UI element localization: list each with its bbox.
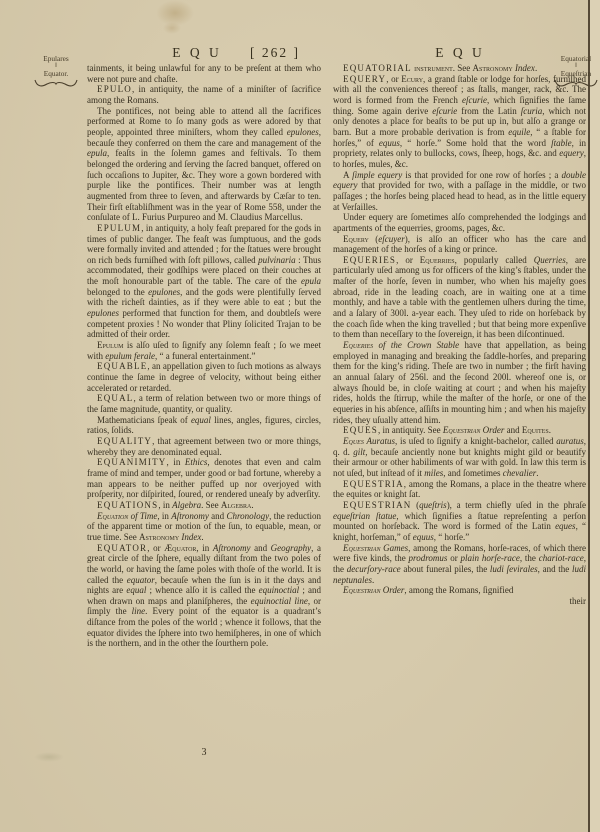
text-run: Games [381,543,409,553]
paragraph: EPULUM, in antiquity, a holy feaſt prepa… [87,223,321,340]
text-run: EQUERY [343,74,386,84]
text-run: epula [301,276,321,286]
text-run: EQUANIMITY [97,457,167,467]
text-run: EQUABLE [97,361,147,371]
text-run: Order [381,585,405,595]
text-run: gilt [353,447,365,457]
text-run: belonged to the [87,287,148,297]
text-run: equal [191,415,211,425]
text-run: , popularly called [455,255,534,265]
text-run: equus [379,138,400,148]
paragraph: tainments, it being unlawful for any to … [87,63,321,84]
text-run: queſtris [419,500,447,510]
paragraph: A ſimple equery is that provided for one… [333,170,586,213]
text-run: and [251,543,271,553]
text-run: , “ a funeral entertainment.” [155,351,255,361]
text-run: , in [167,457,185,467]
text-run: , and the [538,564,572,574]
text-run: . [535,63,537,73]
right-text-column: EQUATORIAL instrument. See Astronomy Ind… [333,63,586,606]
text-run: . [251,500,253,510]
text-run: . [536,468,538,478]
text-run: epula [87,148,107,158]
text-run: chevalier [503,468,536,478]
text-run: , the [520,553,539,563]
catchword: their [333,596,586,607]
page-edge-paper [590,0,600,832]
text-run: Aſtronomy [213,543,251,553]
text-run: , in antiquity. See [378,425,443,435]
text-run: Epulum [97,340,124,350]
paragraph: EQUERIES, or Equerries, popularly called… [333,255,586,340]
text-run: EQUES [343,425,378,435]
text-run: , in [157,511,171,521]
text-run: Mathematicians ſpeak of [97,415,191,425]
paragraph: EQUATOR, or Æquator, in Aſtronomy and Ge… [87,543,321,650]
running-header-right: E Q U [340,45,580,61]
paragraph: Equery (eſcuyer), is alſo an officer who… [333,234,586,255]
text-run: , feaſts in the ſolemn games and feſtiva… [87,148,321,222]
text-run: EPULO [97,84,132,94]
text-run: performed that function for them, and do… [87,308,321,339]
page-edge-rule [588,0,590,832]
paragraph: EQUANIMITY, in Ethics, denotes that even… [87,457,321,500]
text-run: Equeries [343,340,373,350]
text-run: , or [386,74,401,84]
text-run: from the Latin [457,106,521,116]
text-run: Astronomy [139,532,179,542]
text-run: A [343,170,352,180]
text-run: ; whence alſo it is called the [146,585,258,595]
text-run: epulones [148,287,180,297]
text-run: EQUERIES [343,255,396,265]
text-run: , is uſed to ſignify a knight-bachelor, … [395,436,556,446]
text-run: Geography [271,543,312,553]
paragraph: Mathematicians ſpeak of equal lines, ang… [87,415,321,436]
encyclopedia-page: { "page": { "header": { "left": "E Q U",… [0,0,600,832]
text-run: ſcuria [521,106,543,116]
text-run: Equestrian [443,425,481,435]
text-run: EQUATORIAL [343,63,412,73]
text-run: , or [396,255,420,265]
text-run: Eques [343,436,364,446]
text-run: eſcurie [432,106,457,116]
text-run: . [201,532,203,542]
text-run: . [372,575,374,585]
paragraph: EQUABLE, an appellation given to ſuch mo… [87,361,321,393]
text-run: equus [413,532,434,542]
text-run: tainments, it being unlawful for any to … [87,63,321,84]
text-run: EQUAL [97,393,134,403]
text-run: of Time [128,511,157,521]
text-run: have that appellation, as being employed… [333,340,586,425]
text-run: epulones [287,127,319,137]
text-run: epulum ferale [105,351,155,361]
text-run: ( [369,234,378,244]
text-run: that provided for two, with a paſſage in… [333,180,586,211]
text-run: . [549,425,551,435]
text-run: and [209,511,227,521]
text-run: equinoctial [259,585,300,595]
text-run: of the Crown Stable [373,340,459,350]
paragraph: Equation of Time, in Aſtronomy and Chron… [87,511,321,543]
text-run: chariot-race [539,553,584,563]
paragraph: EQUERY, or Ecury, a grand ſtable or lodg… [333,74,586,170]
text-run: Order [480,425,504,435]
paragraph: Equestrian Games, among the Romans, horſ… [333,543,586,586]
text-run: , “ horſe.” Some hold that the word [400,138,551,148]
text-run: Equestrian [343,585,381,595]
text-run: pulvinaria [258,255,296,265]
paragraph: Under equery are ſometimes alſo comprehe… [333,212,586,233]
text-run: ſtable [551,138,572,148]
paragraph: Epulum is alſo uſed to ſignify any ſolem… [87,340,321,361]
text-run: instrument [414,63,453,73]
text-run: Aſtronomy [171,511,209,521]
text-run: and [504,425,522,435]
text-run: Auratus [364,436,395,446]
text-run: Under equery are ſometimes alſo comprehe… [333,212,586,233]
text-run: EQUESTRIAN [343,500,412,510]
text-run: plain horſe-race [461,553,520,563]
text-run: Algebra [221,500,252,510]
paragraph: Equestrian Order, among the Romans, ſign… [333,585,586,596]
text-run: Chronology [226,511,269,521]
paragraph: EQUESTRIAN (queſtris), a term chiefly uſ… [333,500,586,543]
text-run: miles [424,468,443,478]
paragraph: EQUES, in antiquity. See Equestrian Orde… [333,425,586,436]
text-run: Algebra [172,500,201,510]
text-run: Index [515,63,535,73]
text-run: EQUATOR [97,543,147,553]
paragraph: EQUAL, a term of relation between two or… [87,393,321,414]
text-run: . See [201,500,221,510]
text-run: EQUATIONS [97,500,158,510]
paragraph: EQUESTRIA, among the Romans, a place in … [333,479,586,500]
text-run: Ethics [185,457,208,467]
margin-note-left: Epulares ‖ Equator. [27,55,85,88]
text-run: EQUESTRIA [343,479,404,489]
text-run: EQUALITY [97,436,152,446]
brace-ornament [34,79,78,88]
text-run: ), a term chiefly uſed in the phraſe [447,500,586,510]
margin-note-term: Equator. [44,69,69,78]
text-run: ludi ſevirales [490,564,538,574]
left-text-column: tainments, it being unlawful for any to … [87,63,321,649]
paragraph: EQUALITY, that agreement between two or … [87,436,321,457]
text-run: Equestrian [343,543,381,553]
text-run: Æquator [164,543,196,553]
paragraph: Equeries of the Crown Stable have that a… [333,340,586,425]
text-run: or [447,553,460,563]
text-run: Querries [534,255,566,265]
text-run: , and ſometimes [443,468,503,478]
text-run: Equery [343,234,369,244]
text-run: equinoctial line [251,596,308,606]
text-run: Equation [97,511,128,521]
text-run: . See [453,63,473,73]
text-run: about funeral piles, the [401,564,490,574]
text-run: Index [181,532,201,542]
paper-stain [163,22,181,34]
paper-stain [34,752,64,762]
text-run: equile [508,127,530,137]
paragraph: The pontifices, not being able to attend… [87,106,321,223]
text-run: equery [559,148,584,158]
text-run: prodromus [409,553,448,563]
paper-stain [156,0,194,26]
text-run: equal [126,585,146,595]
text-run: , in [196,543,212,553]
text-run: Equites [522,425,549,435]
text-run: Astronomy [473,63,513,73]
text-run: ſimple equery [352,170,402,180]
text-run: , or [147,543,164,553]
text-run: equator [127,575,155,585]
text-run: auratus [556,436,584,446]
paragraph: EQUATIONS, in Algebra. See Algebra. [87,500,321,511]
text-run: epulones [87,308,119,318]
text-run: eques [555,521,576,531]
text-run: , among the Romans, ſignified [404,585,513,595]
text-run: is that provided for one row of horſes ;… [402,170,561,180]
text-run: equeſtrian ſtatue [333,511,396,521]
text-run: , are particularly uſed among us for off… [333,255,586,340]
text-run: line [132,606,146,616]
text-run: , in [158,500,172,510]
text-run: , “ horſe.” [434,532,469,542]
paragraph: Eques Auratus, is uſed to ſignify a knig… [333,436,586,479]
paragraph: EQUATORIAL instrument. See Astronomy Ind… [333,63,586,74]
text-run: Equerries [420,255,455,265]
paragraph: EPULO, in antiquity, the name of a miniſ… [87,84,321,105]
text-run: EPULUM [97,223,141,233]
text-run: decurſory-race [347,564,401,574]
text-run: eſcuyer [378,234,404,244]
signature-mark: 3 [87,747,321,758]
text-run: Ecury [401,74,423,84]
text-run: eſcurie [462,95,487,105]
